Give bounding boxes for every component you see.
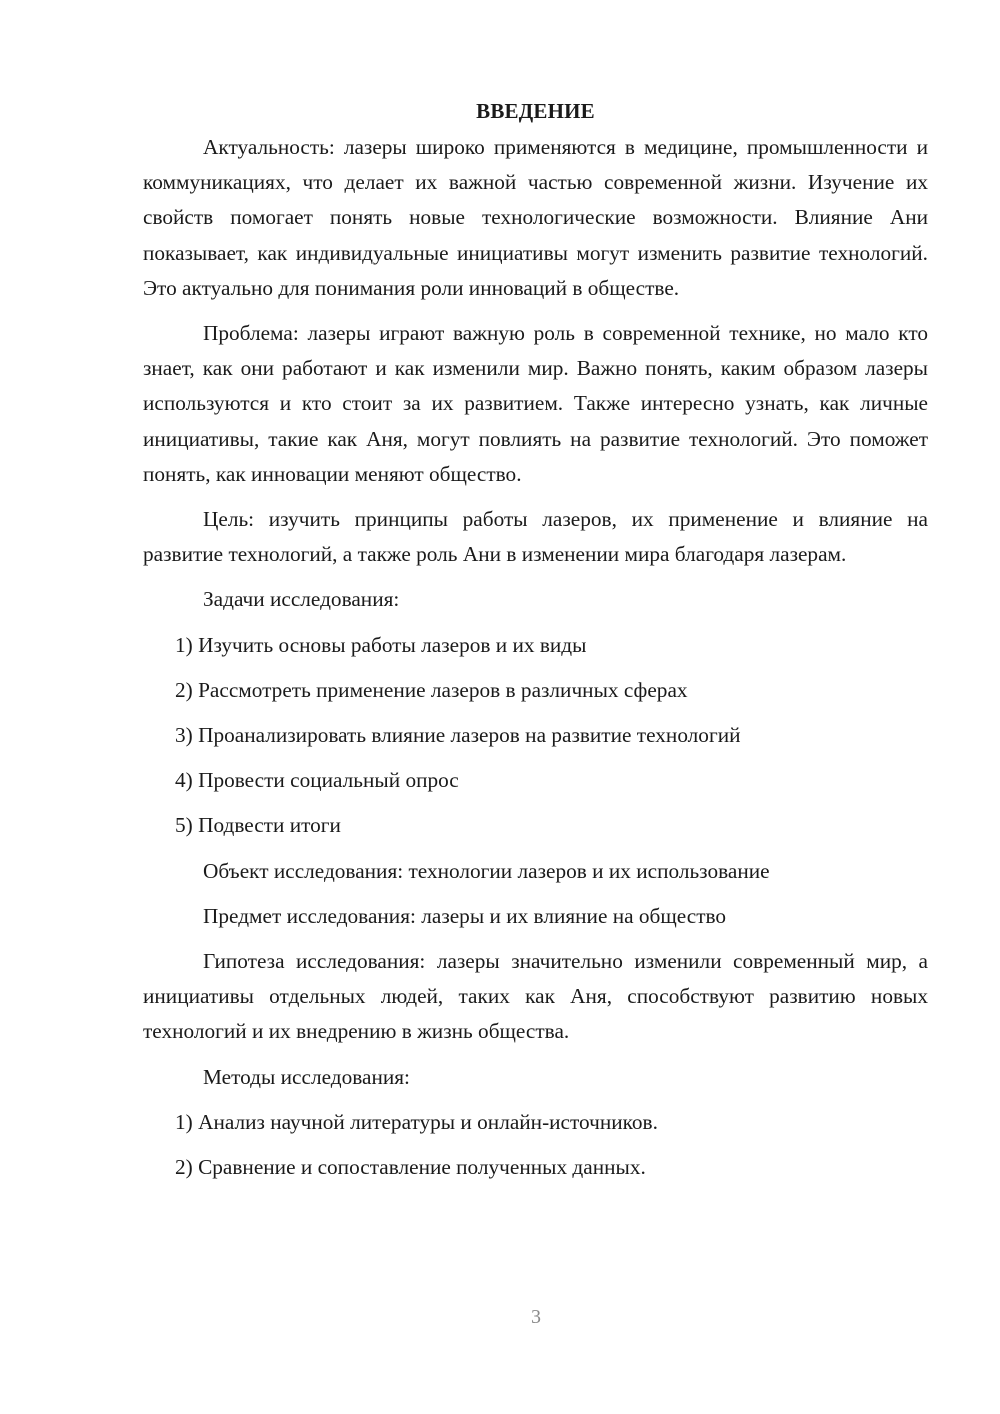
relevance-paragraph: Актуальность: лазеры широко применяются … — [143, 130, 928, 306]
method-item: 2) Сравнение и сопоставление полученных … — [143, 1150, 928, 1185]
problem-paragraph: Проблема: лазеры играют важную роль в со… — [143, 316, 928, 492]
tasks-label: Задачи исследования: — [143, 582, 928, 617]
hypothesis-paragraph: Гипотеза исследования: лазеры значительн… — [143, 944, 928, 1050]
page-number: 3 — [0, 1306, 1000, 1329]
task-item: 3) Проанализировать влияние лазеров на р… — [143, 718, 928, 753]
research-subject: Предмет исследования: лазеры и их влияни… — [143, 899, 928, 934]
document-page: ВВЕДЕНИЕ Актуальность: лазеры широко при… — [0, 0, 1000, 1414]
research-object: Объект исследования: технологии лазеров … — [143, 854, 928, 889]
page-content: ВВЕДЕНИЕ Актуальность: лазеры широко при… — [143, 96, 928, 1195]
task-item: 4) Провести социальный опрос — [143, 763, 928, 798]
methods-list: 1) Анализ научной литературы и онлайн-ис… — [143, 1105, 928, 1185]
task-item: 1) Изучить основы работы лазеров и их ви… — [143, 628, 928, 663]
tasks-list: 1) Изучить основы работы лазеров и их ви… — [143, 628, 928, 844]
section-title: ВВЕДЕНИЕ — [143, 96, 928, 126]
methods-label: Методы исследования: — [143, 1060, 928, 1095]
task-item: 2) Рассмотреть применение лазеров в разл… — [143, 673, 928, 708]
task-item: 5) Подвести итоги — [143, 808, 928, 843]
method-item: 1) Анализ научной литературы и онлайн-ис… — [143, 1105, 928, 1140]
goal-paragraph: Цель: изучить принципы работы лазеров, и… — [143, 502, 928, 572]
